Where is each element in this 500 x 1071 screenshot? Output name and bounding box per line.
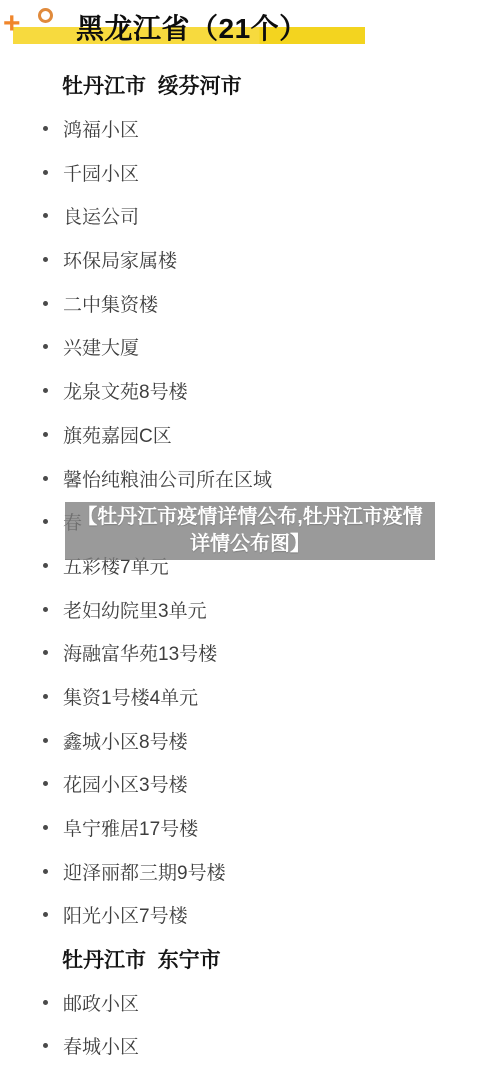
list-item-label: 鸿福小区 [63,115,139,142]
bullet-icon [43,432,48,437]
section-header: 牡丹江市 绥芬河市 [0,63,500,107]
list-item-label: 龙泉文苑8号楼 [63,377,188,404]
list-item: 鑫城小区8号楼 [0,718,500,762]
bullet-icon [43,344,48,349]
section-header-label: 牡丹江市 东宁市 [62,944,221,974]
bullet-icon [43,781,48,786]
list-item: 集资1号楼4单元 [0,675,500,719]
list-item-label: 老妇幼院里3单元 [63,596,207,623]
bullet-icon [43,388,48,393]
bullet-icon [43,694,48,699]
list-item: 二中集资楼 [0,281,500,325]
bullet-icon [43,126,48,131]
region-list: 牡丹江市 绥芬河市鸿福小区千园小区良运公司环保局家属楼二中集资楼兴建大厦龙泉文苑… [0,63,500,1068]
list-item-label: 环保局家属楼 [63,246,177,273]
bullet-icon [43,869,48,874]
bullet-icon [43,563,48,568]
list-item-label: 春城小区 [63,1032,139,1059]
list-item-label: 花园小区3号楼 [63,770,188,797]
list-item: 鸿福小区 [0,107,500,151]
bullet-icon [43,213,48,218]
bullet-icon [43,738,48,743]
list-item: 旗苑嘉园C区 [0,413,500,457]
list-item-label: 集资1号楼4单元 [63,683,198,710]
list-item-label: 鑫城小区8号楼 [63,727,188,754]
list-item-label: 迎泽丽都三期9号楼 [63,858,226,885]
list-item: 邮政小区 [0,980,500,1024]
list-item: 良运公司 [0,194,500,238]
list-item-label: 海融富华苑13号楼 [63,639,217,666]
list-item-label: 千园小区 [63,159,139,186]
bullet-icon [43,1000,48,1005]
watermark-text: 【牡丹江市疫情详情公布,牡丹江市疫情详情公布图】 [65,504,435,558]
list-item: 兴建大厦 [0,325,500,369]
bullet-icon [43,301,48,306]
list-item: 海融富华苑13号楼 [0,631,500,675]
list-item: 春城小区 [0,1024,500,1068]
bullet-icon [43,825,48,830]
bullet-icon [43,1043,48,1048]
list-item-label: 兴建大厦 [63,333,139,360]
bullet-icon [43,476,48,481]
bullet-icon [43,650,48,655]
list-item-label: 阳光小区7号楼 [63,901,188,928]
list-item-label: 二中集资楼 [63,290,158,317]
list-item-label: 良运公司 [63,202,139,229]
list-item: 阳光小区7号楼 [0,893,500,937]
list-item: 环保局家属楼 [0,238,500,282]
section-header: 牡丹江市 东宁市 [0,937,500,981]
list-item: 花园小区3号楼 [0,762,500,806]
list-item: 阜宁雅居17号楼 [0,806,500,850]
list-item: 龙泉文苑8号楼 [0,369,500,413]
bullet-icon [43,912,48,917]
watermark-overlay: 【牡丹江市疫情详情公布,牡丹江市疫情详情公布图】 [65,502,435,560]
bullet-icon [43,257,48,262]
bullet-icon [43,519,48,524]
list-item-label: 阜宁雅居17号楼 [63,814,198,841]
bullet-icon [43,170,48,175]
page-title: 黑龙江省（21个） [76,7,308,47]
list-item: 馨怡纯粮油公司所在区域 [0,456,500,500]
list-item: 老妇幼院里3单元 [0,587,500,631]
page: + 黑龙江省（21个） 牡丹江市 绥芬河市鸿福小区千园小区良运公司环保局家属楼二… [0,0,500,1071]
section-header-label: 牡丹江市 绥芬河市 [62,70,242,100]
ring-icon [38,8,53,23]
list-item-label: 旗苑嘉园C区 [63,421,172,448]
list-item: 迎泽丽都三期9号楼 [0,849,500,893]
list-item-label: 馨怡纯粮油公司所在区域 [63,465,272,492]
list-item-label: 邮政小区 [63,989,139,1016]
plus-icon: + [3,9,21,39]
list-item: 千园小区 [0,150,500,194]
bullet-icon [43,607,48,612]
title-block: + 黑龙江省（21个） [0,0,500,63]
